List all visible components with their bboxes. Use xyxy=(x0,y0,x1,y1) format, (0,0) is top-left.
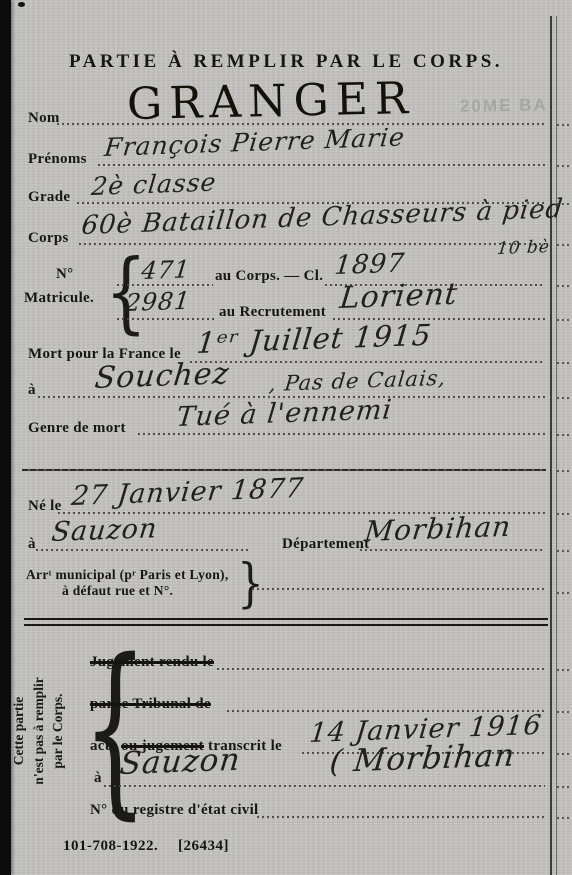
nom-label: Nom xyxy=(28,110,60,127)
page-fold-rule xyxy=(550,16,557,875)
dotted-stub xyxy=(557,362,572,364)
mort-lieu-value: Souchez xyxy=(93,356,231,396)
departement-label: Département xyxy=(282,536,369,553)
matricule-recrutement-lieu: Lorient xyxy=(338,277,460,316)
matricule-corps-label: au Corps. — Cl. xyxy=(215,268,323,285)
genre-dotted-line xyxy=(138,433,545,435)
mort-dotted-line xyxy=(190,361,545,363)
registre-dotted-line xyxy=(257,816,545,818)
grade-handwritten-value: 2è classe xyxy=(90,168,218,201)
scanned-death-record-card: 20ME BA PARTIE À REMPLIR PAR LE CORPS. G… xyxy=(0,0,572,875)
genre-value: Tué à l'ennemi xyxy=(175,394,394,433)
transcription-lieu-label: à xyxy=(94,770,102,787)
section-divider xyxy=(22,469,546,471)
mort-date-value: 1ᵉʳ Juillet 1915 xyxy=(195,318,433,360)
arr-label-line1: Arrᵗ municipal (pʳ Paris et Lyon), xyxy=(26,567,229,583)
sidebar-note-line1: Cette partie xyxy=(9,645,29,817)
dotted-stub xyxy=(557,669,572,671)
matricule-recrutement-value: 2981 xyxy=(124,287,192,317)
departement-dotted-line xyxy=(360,549,545,551)
sidebar-note-line3: par le Corps. xyxy=(48,645,68,817)
dotted-stub xyxy=(557,470,572,472)
ne-lieu-dotted-line xyxy=(36,549,248,551)
mort-lieu-label: à xyxy=(28,382,36,399)
arr-brace xyxy=(237,560,263,609)
dotted-stub xyxy=(557,711,572,713)
arr-dotted-line xyxy=(252,588,545,590)
transcription-lieu-dotted-line xyxy=(104,785,545,787)
dotted-stub xyxy=(557,203,572,205)
corps-dotted-line xyxy=(79,243,545,245)
dotted-stub xyxy=(557,397,572,399)
prenoms-label: Prénoms xyxy=(28,151,87,168)
dotted-stub xyxy=(557,817,572,819)
transcription-lieu-departement: ( Morbihan xyxy=(328,737,517,780)
dotted-stub xyxy=(557,319,572,321)
dotted-stub xyxy=(557,244,572,246)
faint-stamp: 20ME BA xyxy=(460,95,548,117)
acte-label-start: acte xyxy=(90,738,117,754)
dotted-stub xyxy=(557,592,572,594)
dotted-stub xyxy=(557,124,572,126)
ne-lieu-value: Sauzon xyxy=(50,513,159,548)
matricule-corps-value: 471 xyxy=(140,255,192,285)
matricule-recrutement-label: au Recrutement xyxy=(219,304,326,321)
prenoms-dotted-line xyxy=(98,164,545,166)
departement-value: Morbihan xyxy=(363,510,513,548)
dotted-stub xyxy=(557,753,572,755)
sidebar-note: Cette partie n'est pas à remplir par le … xyxy=(9,645,71,817)
matricule-corps-dotted-line xyxy=(117,284,213,286)
registre-label: N° du registre d'état civil xyxy=(90,802,259,819)
dotted-stub xyxy=(557,513,572,515)
ne-lieu-label: à xyxy=(28,536,36,553)
arr-label-line2: à défaut rue et N°. xyxy=(62,583,173,599)
ink-speck xyxy=(18,2,25,7)
jugement-dotted-line xyxy=(217,668,545,670)
sidebar-note-line2: n'est pas à remplir xyxy=(29,645,49,817)
transcription-lieu-value: Sauzon xyxy=(118,742,242,782)
corps-margin-annotation: 10 bè xyxy=(496,237,551,259)
grade-label: Grade xyxy=(28,189,70,206)
print-reference-number: [26434] xyxy=(178,838,229,855)
ne-label: Né le xyxy=(28,498,62,515)
matricule-recrutement-dotted-line xyxy=(117,318,215,320)
form-header: PARTIE À REMPLIR PAR LE CORPS. xyxy=(0,51,572,73)
dotted-stub xyxy=(557,550,572,552)
jugement-label-struck: Jugement rendu le xyxy=(90,654,214,671)
dotted-stub xyxy=(557,285,572,287)
matricule-label: Matricule. xyxy=(24,290,94,307)
nom-dotted-line xyxy=(57,123,545,125)
matricule-no-label: N° xyxy=(56,266,73,283)
genre-label: Genre de mort xyxy=(28,420,126,437)
dotted-stub xyxy=(557,434,572,436)
dotted-stub xyxy=(557,786,572,788)
mort-lieu-departement: , Pas de Calais, xyxy=(268,366,447,396)
dotted-stub xyxy=(557,165,572,167)
ne-date-value: 27 Janvier 1877 xyxy=(70,473,305,512)
tribunal-label-struck: par le Tribunal de xyxy=(90,696,211,713)
nom-handwritten-value: GRANGER xyxy=(126,73,415,130)
matricule-classe-value: 1897 xyxy=(333,248,406,281)
form-reference-number: 101-708-1922. xyxy=(63,838,158,855)
corps-label: Corps xyxy=(28,230,69,247)
